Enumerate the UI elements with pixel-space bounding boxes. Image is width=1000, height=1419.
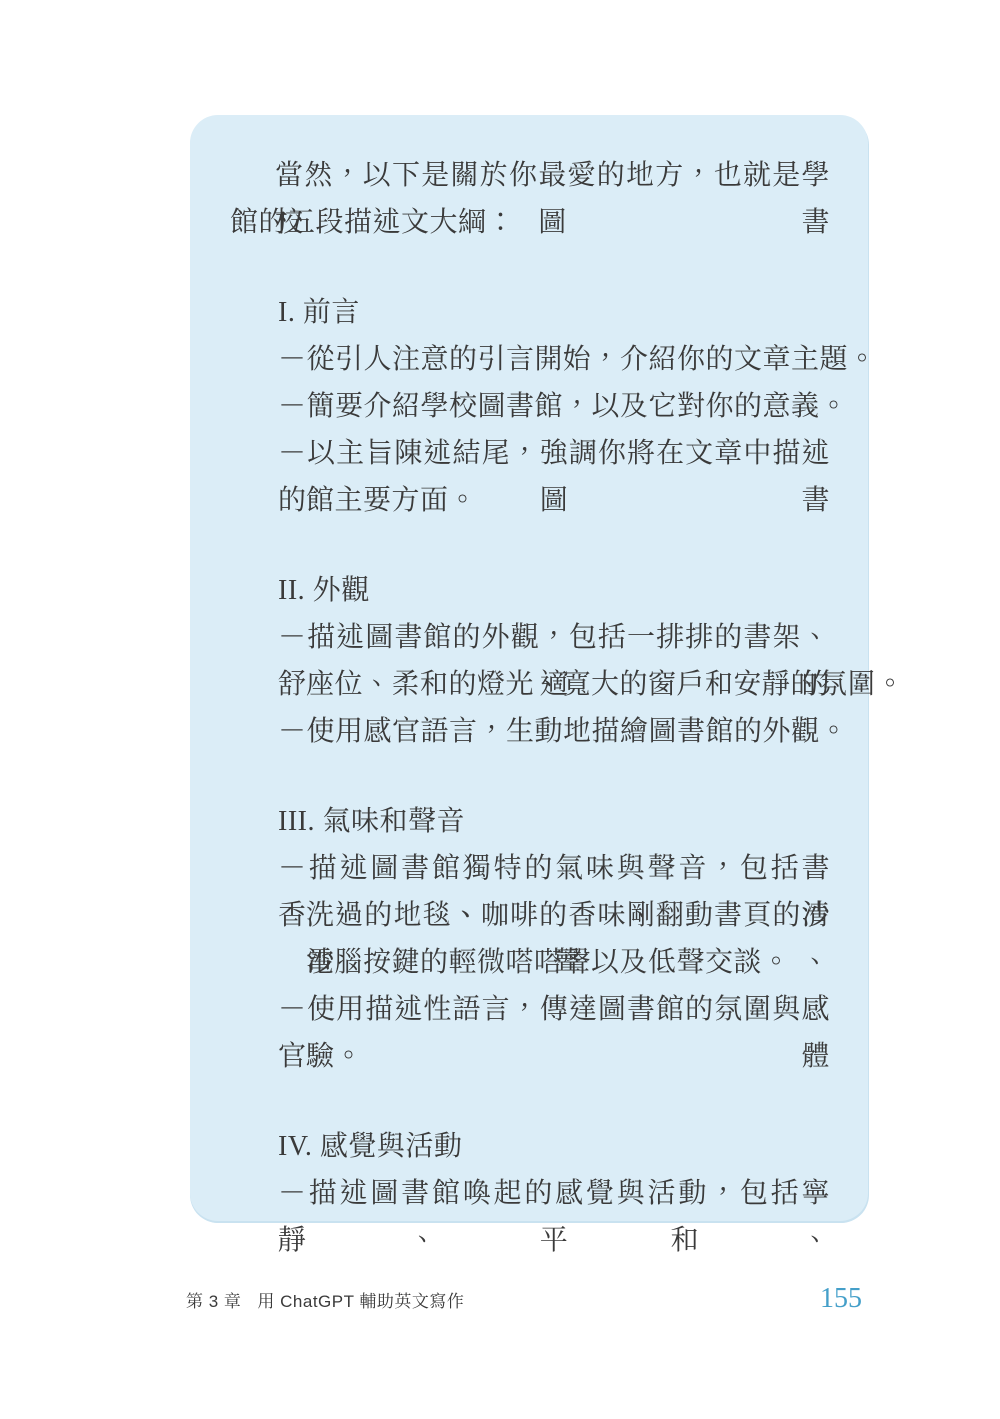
outline-item: －描述圖書館喚起的感覺與活動，包括寧靜、平和、	[278, 1170, 830, 1217]
intro-line: 當然，以下是關於你最愛的地方，也就是學校圖書	[230, 152, 830, 199]
outline-item: －使用感官語言，生動地描繪圖書館的外觀。	[278, 708, 830, 755]
book-page: 當然，以下是關於你最愛的地方，也就是學校圖書 館的五段描述文大綱： I. 前言 …	[0, 0, 1000, 1419]
outline-item-continuation: 洗過的地毯、咖啡的香味、翻動書頁的沙沙聲、	[278, 892, 830, 939]
section-heading: I. 前言	[278, 289, 830, 336]
section-heading: II. 外觀	[278, 567, 830, 614]
essay-outline: I. 前言 －從引人注意的引言開始，介紹你的文章主題。 －簡要介紹學校圖書館，以…	[278, 289, 830, 1217]
outline-item: －簡要介紹學校圖書館，以及它對你的意義。	[278, 383, 830, 430]
outline-section-introduction: I. 前言 －從引人注意的引言開始，介紹你的文章主題。 －簡要介紹學校圖書館，以…	[278, 289, 830, 524]
outline-section-smell-sound: III. 氣味和聲音 －描述圖書館獨特的氣味與聲音，包括書香、剛清 洗過的地毯、…	[278, 798, 830, 1080]
outline-item: －描述圖書館的外觀，包括一排排的書架、舒適的	[278, 614, 830, 661]
outline-item-continuation: 座位、柔和的燈光、寬大的窗戶和安靜的氛圍。	[278, 661, 830, 708]
page-number: 155	[820, 1283, 862, 1315]
outline-item: －以主旨陳述結尾，強調你將在文章中描述的圖書	[278, 430, 830, 477]
outline-section-appearance: II. 外觀 －描述圖書館的外觀，包括一排排的書架、舒適的 座位、柔和的燈光、寬…	[278, 567, 830, 755]
section-heading: III. 氣味和聲音	[278, 798, 830, 845]
outline-item: －從引人注意的引言開始，介紹你的文章主題。	[278, 336, 830, 383]
outline-panel: 當然，以下是關於你最愛的地方，也就是學校圖書 館的五段描述文大綱： I. 前言 …	[190, 115, 868, 1221]
section-heading: IV. 感覺與活動	[278, 1123, 830, 1170]
outline-item-continuation: 電腦按鍵的輕微嗒嗒聲以及低聲交談。	[278, 939, 830, 986]
outline-item: －使用描述性語言，傳達圖書館的氛圍與感官體	[278, 986, 830, 1033]
outline-item: －描述圖書館獨特的氣味與聲音，包括書香、剛清	[278, 845, 830, 892]
outline-section-feelings-activities: IV. 感覺與活動 －描述圖書館喚起的感覺與活動，包括寧靜、平和、	[278, 1123, 830, 1217]
chapter-info: 第 3 章用 ChatGPT 輔助英文寫作	[186, 1287, 464, 1312]
chapter-number: 第 3 章	[186, 1292, 241, 1311]
page-footer: 第 3 章用 ChatGPT 輔助英文寫作 155	[186, 1283, 862, 1315]
chapter-title: 用 ChatGPT 輔助英文寫作	[257, 1292, 464, 1311]
